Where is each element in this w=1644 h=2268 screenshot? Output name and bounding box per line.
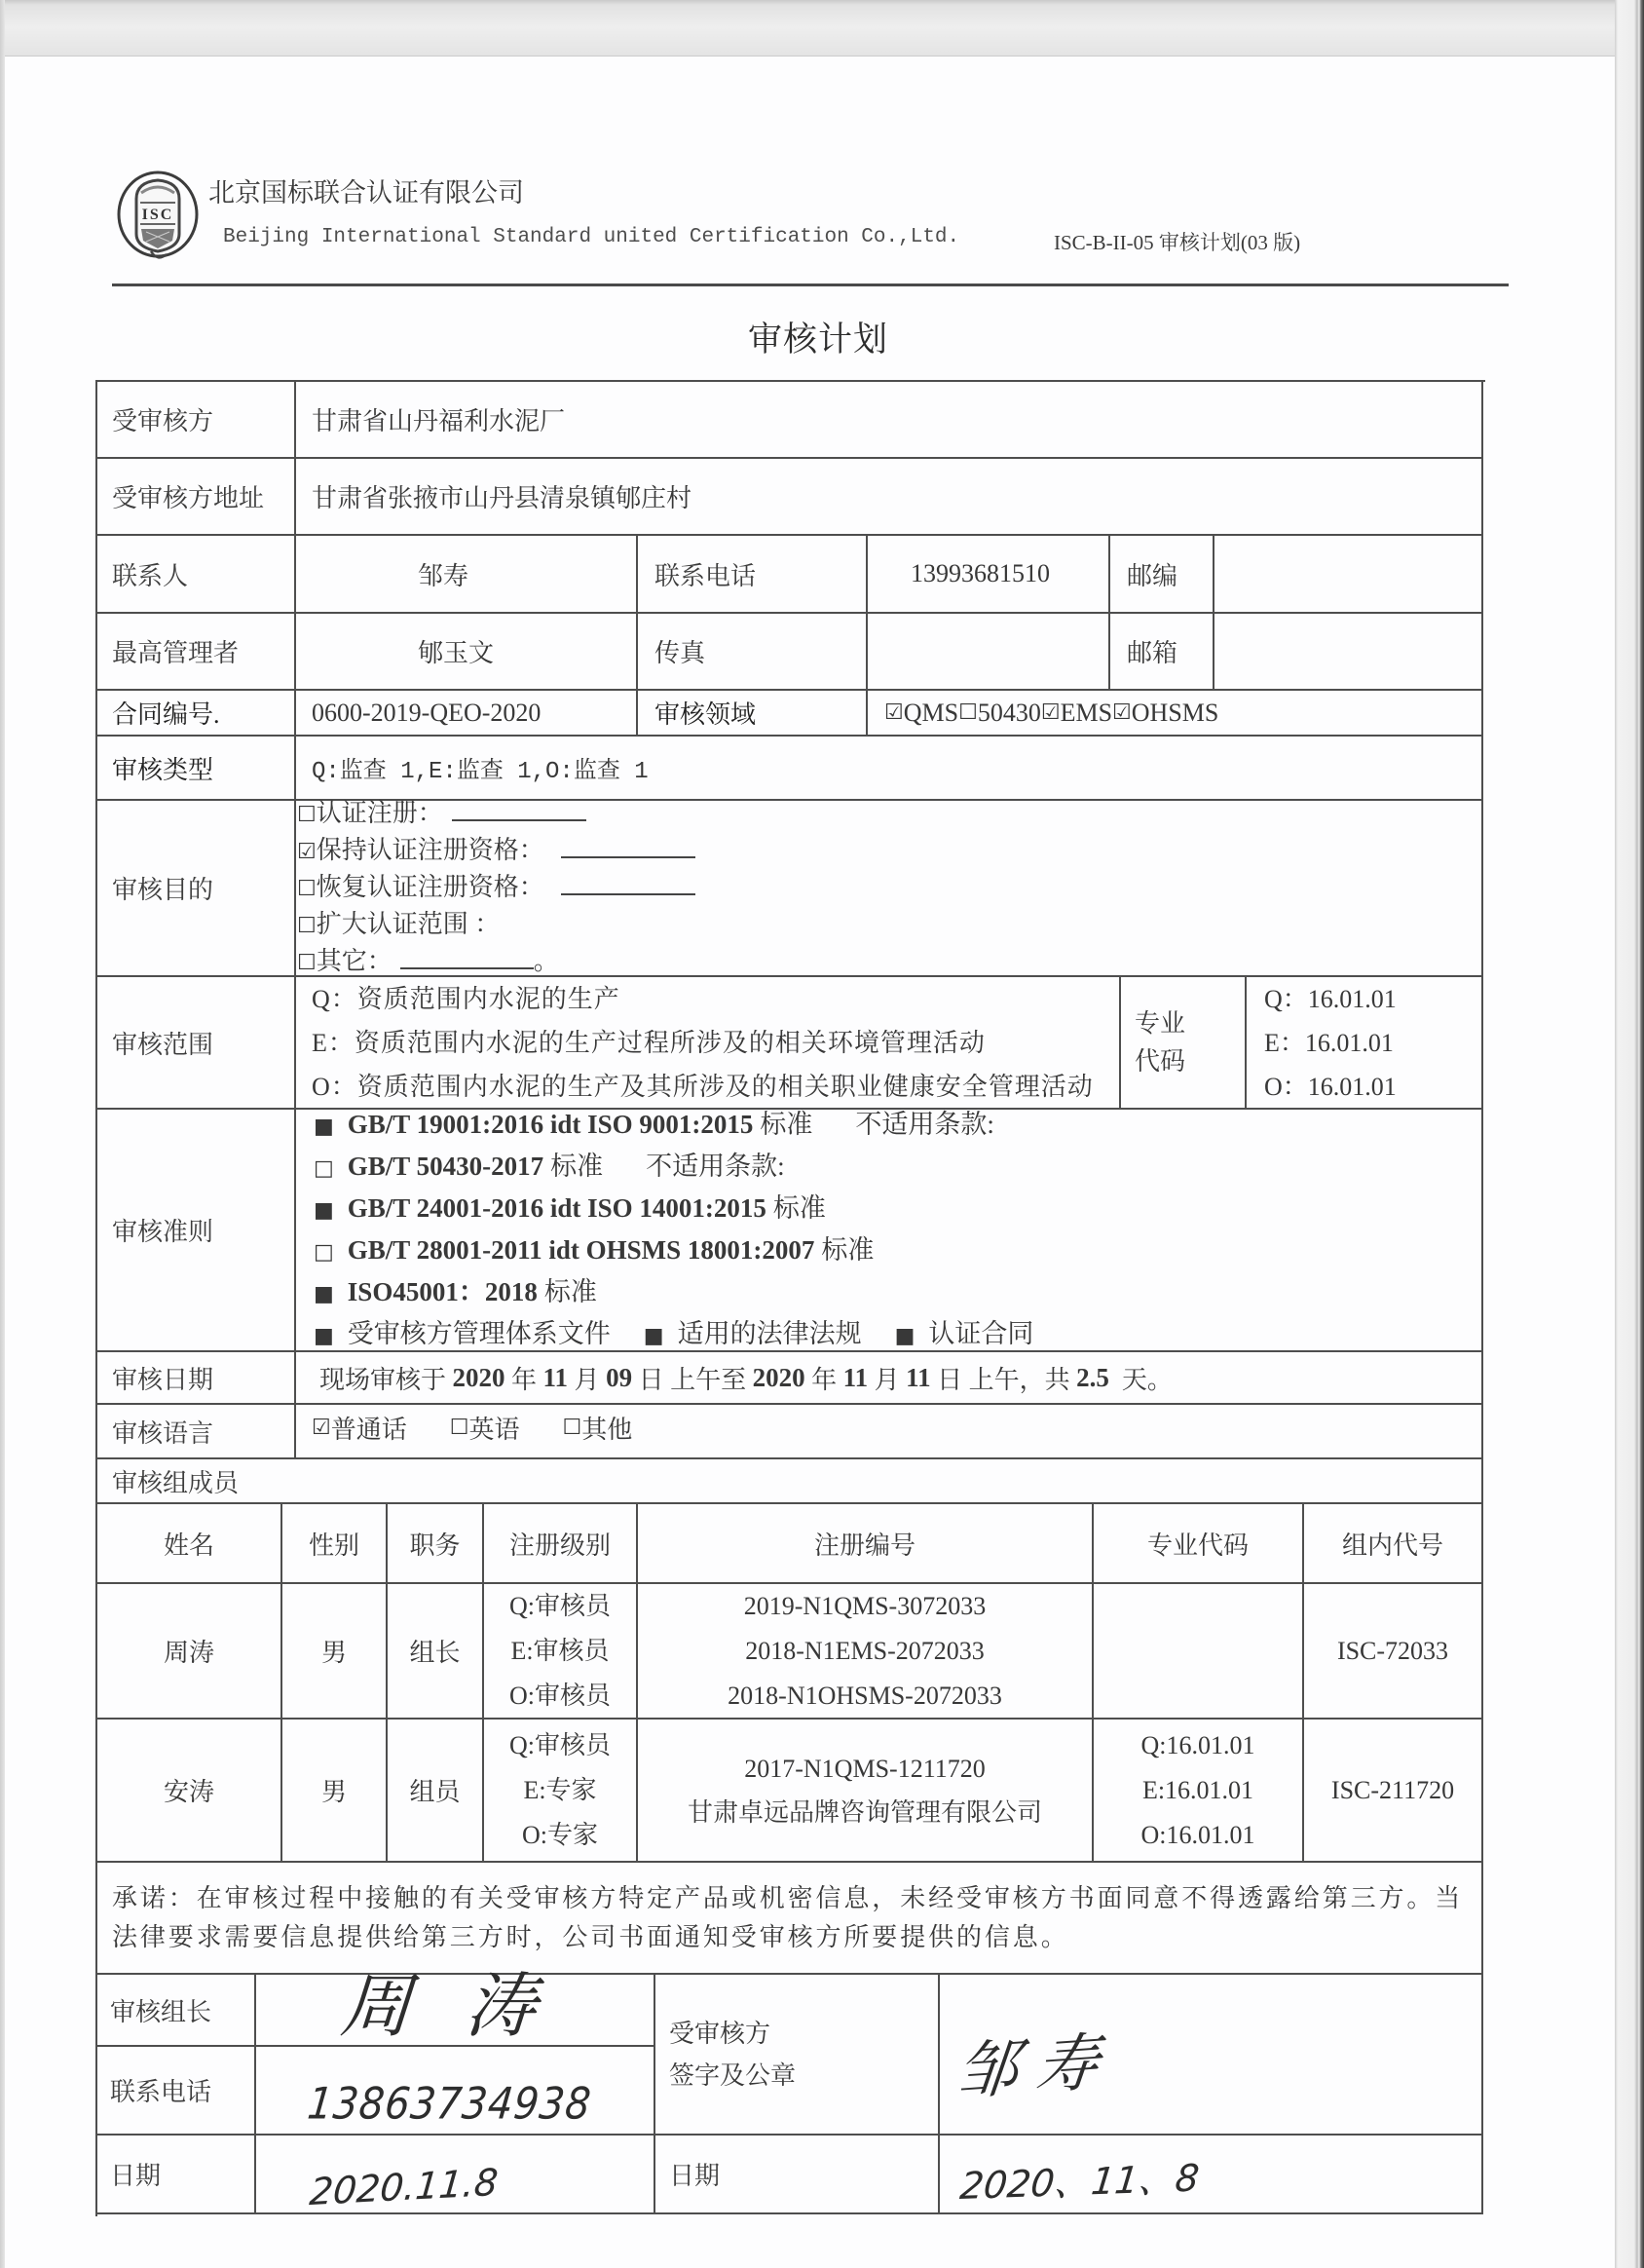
auditee-sign-label: 受审核方 签字及公章: [655, 1975, 940, 2136]
team-header-level: 注册级别: [484, 1504, 638, 1584]
date-number: 09: [606, 1363, 632, 1393]
member-role: 组长: [388, 1584, 484, 1720]
auditee-date-handwritten: 2020、11、8: [957, 2154, 1201, 2210]
standard-note: 不适用条款:: [646, 1152, 785, 1181]
email-label: 邮箱: [1110, 614, 1214, 691]
code-o: O：16.01.01: [1264, 1065, 1397, 1109]
audit-domain-options: ☑QMS☐50430☑EMS☑OHSMS: [868, 691, 1483, 737]
team-header-code: 专业代码: [1094, 1504, 1304, 1584]
member-reg-number: 2017-N1QMS-1211720: [744, 1747, 985, 1791]
team-section-title: 审核组成员: [97, 1459, 1483, 1504]
date-text: 月: [568, 1360, 606, 1396]
confidentiality-commitment: 承诺：在审核过程中接触的有关受审核方特定产品或机密信息，未经受审核方书面同意不得…: [97, 1863, 1483, 1975]
language-options: ☑普通话☐英语☐其他: [296, 1405, 1483, 1459]
commitment-line: 法律要求需要信息提供给第三方时，公司书面通知受审核方所要提供的信息。: [112, 1918, 1069, 1957]
standard-code: GB/T 24001-2016 idt ISO 14001:2015: [348, 1193, 766, 1223]
fill-blank: [452, 798, 586, 821]
audit-type-label: 审核类型: [97, 737, 296, 801]
standard-code: GB/T 28001-2011 idt OHSMS 18001:2007: [348, 1235, 815, 1265]
leader-phone-handwritten: 13863734938: [305, 2078, 594, 2131]
date-days: 2.5: [1076, 1363, 1109, 1393]
document-checkbox: ■: [895, 1324, 915, 1348]
auditee-signature: 邹寿: [953, 2022, 1120, 2112]
team-header-gender: 性别: [282, 1504, 388, 1584]
objective-checkbox: ☐: [297, 803, 317, 827]
standard-suffix: 标准: [760, 1110, 812, 1139]
objective-text: 认证注册：: [317, 799, 443, 827]
auditee-date-label: 日期: [655, 2136, 940, 2214]
objective-checkbox: ☐: [297, 951, 317, 975]
language-checkbox: ☐: [563, 1416, 582, 1440]
member-levels: Q:审核员 E:专家 O:专家: [484, 1720, 638, 1863]
date-text: 年: [505, 1360, 543, 1396]
objective-checkbox: ☐: [297, 877, 317, 901]
audit-date-label: 审核日期: [97, 1352, 296, 1405]
criteria-item: □GB/T 28001-2011 idt OHSMS 18001:2007标准: [314, 1230, 874, 1272]
objective-checkbox: ☐: [297, 914, 317, 938]
date-text: 现场审核于: [319, 1360, 453, 1396]
contact-value: 邹寿: [296, 536, 638, 614]
criteria-item: ■GB/T 19001:2016 idt ISO 9001:2015标准不适用条…: [314, 1105, 994, 1147]
date-number: 2020: [453, 1363, 505, 1393]
criteria-item: ■GB/T 24001-2016 idt ISO 14001:2015标准: [314, 1189, 826, 1230]
professional-codes: Q：16.01.01 E：16.01.01 O：16.01.01: [1247, 977, 1483, 1110]
audit-plan-table: 受审核方 甘肃省山丹福利水泥厂 受审核方地址 甘肃省张掖市山丹县清泉镇郇庄村 联…: [95, 380, 1485, 2216]
scope-line-q: Q：资质范围内水泥的生产: [312, 977, 620, 1021]
member-name: 安涛: [97, 1720, 282, 1863]
language-checkbox: ☐: [450, 1416, 469, 1440]
criteria-documents: ■受审核方管理体系文件■适用的法律法规■认证合同: [314, 1314, 1033, 1356]
standard-note: 不适用条款:: [855, 1110, 994, 1139]
standard-suffix: 标准: [821, 1235, 874, 1265]
member-level: Q:审核员: [509, 1584, 611, 1629]
member-reg-number: 2019-N1QMS-3072033: [744, 1584, 986, 1629]
standard-suffix: 标准: [773, 1193, 826, 1223]
standard-suffix: 标准: [550, 1152, 603, 1181]
member-level: Q:审核员: [509, 1723, 611, 1768]
objective-text: 恢复认证注册资格：: [317, 873, 544, 901]
audit-type-value: Q:监查 1,E:监查 1,O:监查 1: [296, 737, 1483, 801]
domain-qms-label: QMS: [904, 699, 958, 728]
language-option: 普通话: [331, 1410, 407, 1446]
objective-suffix: 。: [534, 947, 559, 975]
member-gender: 男: [282, 1720, 388, 1863]
criteria-item: ■ISO45001：2018标准: [314, 1272, 597, 1314]
audit-domain-label: 审核领域: [638, 691, 868, 737]
postcode-value: [1214, 536, 1483, 614]
member-code: E:16.01.01: [1142, 1768, 1253, 1813]
date-text: 日 上午至: [632, 1360, 753, 1396]
objective-text: 保持认证注册资格：: [317, 836, 544, 864]
domain-50430-label: 50430: [978, 699, 1041, 728]
code-e: E：16.01.01: [1264, 1021, 1394, 1065]
fill-blank: [561, 835, 695, 858]
contact-label: 联系人: [97, 536, 296, 614]
language-checkbox: ☑: [312, 1416, 331, 1440]
domain-ems-label: EMS: [1061, 699, 1112, 728]
criteria-checkbox: ■: [314, 1115, 334, 1139]
date-text: 日 上午，共: [931, 1360, 1077, 1396]
auditee-sign-label-line: 签字及公章: [669, 2055, 796, 2097]
domain-ohsms-checkbox: ☑: [1112, 700, 1132, 725]
language-option: 英语: [468, 1410, 519, 1446]
address-label: 受审核方地址: [97, 459, 296, 536]
team-header-group-code: 组内代号: [1304, 1504, 1483, 1584]
header-divider: [112, 283, 1509, 286]
criteria-label: 审核准则: [97, 1110, 296, 1352]
fill-blank: [400, 946, 534, 969]
date-text: 月: [868, 1360, 906, 1396]
objective-item: ☐恢复认证注册资格：: [297, 870, 695, 907]
commitment-line: 承诺：在审核过程中接触的有关受审核方特定产品或机密信息，未经受审核方书面同意不得…: [112, 1879, 1463, 1918]
postcode-label: 邮编: [1110, 536, 1214, 614]
scan-right-edge: [1615, 0, 1644, 2268]
objective-options: ☐认证注册： ☑保持认证注册资格： ☐恢复认证注册资格： ☐扩大认证范围 ： ☐…: [296, 801, 1483, 977]
date-number: 11: [843, 1363, 869, 1393]
team-leader-label: 审核组长: [97, 1975, 256, 2047]
member-affiliation: 甘肃卓远品牌咨询管理有限公司: [688, 1791, 1042, 1834]
scope-lines: Q：资质范围内水泥的生产 E：资质范围内水泥的生产过程所涉及的相关环境管理活动 …: [296, 977, 1121, 1110]
code-q: Q：16.01.01: [1264, 977, 1397, 1021]
member-level: O:专家: [522, 1813, 598, 1858]
objective-checkbox: ☑: [297, 840, 317, 864]
member-level: E:审核员: [510, 1629, 609, 1674]
date-text: 天。: [1109, 1360, 1173, 1396]
team-header-name: 姓名: [97, 1504, 282, 1584]
member-level: O:审核员: [509, 1674, 611, 1719]
professional-code-label-line: 代码: [1135, 1042, 1185, 1080]
logo-text: ISC: [142, 207, 174, 223]
member-group-code: ISC-211720: [1304, 1720, 1483, 1863]
company-name-cn: 北京国标联合认证有限公司: [208, 177, 524, 210]
standard-suffix: 标准: [544, 1277, 597, 1306]
leader-phone-label: 联系电话: [97, 2047, 256, 2136]
fax-label: 传真: [638, 614, 868, 691]
contract-label: 合同编号.: [97, 691, 296, 737]
member-codes: Q:16.01.01 E:16.01.01 O:16.01.01: [1094, 1720, 1304, 1863]
objective-label: 审核目的: [97, 801, 296, 977]
date-number: 11: [906, 1363, 931, 1393]
member-reg-numbers: 2019-N1QMS-3072033 2018-N1EMS-2072033 20…: [638, 1584, 1094, 1720]
document-item: 认证合同: [928, 1319, 1033, 1348]
member-role: 组员: [388, 1720, 484, 1863]
objective-item: ☐其它：。: [297, 944, 559, 981]
document-checkbox: ■: [644, 1324, 664, 1348]
fax-value: [868, 614, 1110, 691]
standard-code: GB/T 19001:2016 idt ISO 9001:2015: [348, 1110, 754, 1139]
team-leader-signature: 周涛: [338, 1962, 593, 2050]
auditee-value: 甘肃省山丹福利水泥厂: [296, 382, 1483, 459]
auditee-label: 受审核方: [97, 382, 296, 459]
member-level: E:专家: [523, 1768, 596, 1813]
team-header-role: 职务: [388, 1504, 484, 1584]
scope-label: 审核范围: [97, 977, 296, 1110]
date-number: 11: [543, 1363, 569, 1393]
domain-50430-checkbox: ☐: [958, 700, 978, 725]
email-value: [1214, 614, 1483, 691]
scan-top-edge: [0, 0, 1644, 57]
member-name: 周涛: [97, 1584, 282, 1720]
document-item: 受审核方管理体系文件: [348, 1319, 611, 1348]
scope-line-e: E：资质范围内水泥的生产过程所涉及的相关环境管理活动: [312, 1021, 986, 1065]
auditee-sign-label-line: 受审核方: [669, 2013, 770, 2055]
criteria-checkbox: □: [314, 1240, 334, 1265]
member-reg-numbers: 2017-N1QMS-1211720 甘肃卓远品牌咨询管理有限公司: [638, 1720, 1094, 1863]
objective-text: 其它：: [317, 947, 392, 975]
isc-logo-icon: ISC: [114, 170, 202, 263]
domain-ems-checkbox: ☑: [1041, 700, 1061, 725]
team-header-reg-number: 注册编号: [638, 1504, 1094, 1584]
objective-item: ☐扩大认证范围 ：: [297, 907, 500, 944]
language-option: 其他: [581, 1410, 632, 1446]
criteria-checkbox: ■: [314, 1282, 334, 1306]
member-code: O:16.01.01: [1141, 1813, 1255, 1858]
document-item: 适用的法律法规: [678, 1319, 862, 1348]
contact-phone-label: 联系电话: [638, 536, 868, 614]
member-gender: 男: [282, 1584, 388, 1720]
fill-blank: [561, 872, 695, 895]
form-code: ISC-B-II-05 审核计划(03 版): [1054, 230, 1300, 255]
scope-line-o: O：资质范围内水泥的生产及其所涉及的相关职业健康安全管理活动: [312, 1065, 1094, 1109]
criteria-list: ■GB/T 19001:2016 idt ISO 9001:2015标准不适用条…: [296, 1110, 1483, 1352]
domain-qms-checkbox: ☑: [884, 700, 904, 725]
objective-item: ☐认证注册：: [297, 796, 586, 833]
audit-date-value: 现场审核于 2020 年 11 月 09 日 上午至 2020 年 11 月 1…: [296, 1352, 1483, 1405]
standard-code: ISO45001：2018: [348, 1277, 538, 1306]
member-code: Q:16.01.01: [1141, 1723, 1255, 1768]
date-text: 年: [805, 1360, 843, 1396]
contact-phone-value: 13993681510: [868, 536, 1110, 614]
objective-item: ☑保持认证注册资格：: [297, 833, 695, 870]
member-reg-number: 2018-N1EMS-2072033: [745, 1629, 985, 1674]
leader-date-label: 日期: [97, 2136, 256, 2214]
criteria-item: □GB/T 50430-2017标准不适用条款:: [314, 1147, 785, 1189]
criteria-checkbox: □: [314, 1156, 334, 1181]
member-reg-number: 2018-N1OHSMS-2072033: [728, 1674, 1002, 1719]
contract-value: 0600-2019-QEO-2020: [296, 691, 638, 737]
member-levels: Q:审核员 E:审核员 O:审核员: [484, 1584, 638, 1720]
page-title: 审核计划: [682, 320, 954, 360]
manager-label: 最高管理者: [97, 614, 296, 691]
member-group-code: ISC-72033: [1304, 1584, 1483, 1720]
professional-code-label-line: 专业: [1135, 1004, 1185, 1042]
address-value: 甘肃省张掖市山丹县清泉镇郇庄村: [296, 459, 1483, 536]
member-codes: [1094, 1584, 1304, 1720]
criteria-checkbox: ■: [314, 1198, 334, 1223]
company-name-en: Beijing International Standard united Ce…: [223, 225, 959, 250]
manager-value: 郇玉文: [296, 614, 638, 691]
standard-code: GB/T 50430-2017: [348, 1152, 543, 1181]
document-checkbox: ■: [314, 1324, 334, 1348]
professional-code-label: 专业 代码: [1121, 977, 1247, 1110]
date-number: 2020: [753, 1363, 805, 1393]
objective-text: 扩大认证范围 ：: [317, 910, 501, 938]
language-label: 审核语言: [97, 1405, 296, 1459]
domain-ohsms-label: OHSMS: [1132, 699, 1219, 728]
